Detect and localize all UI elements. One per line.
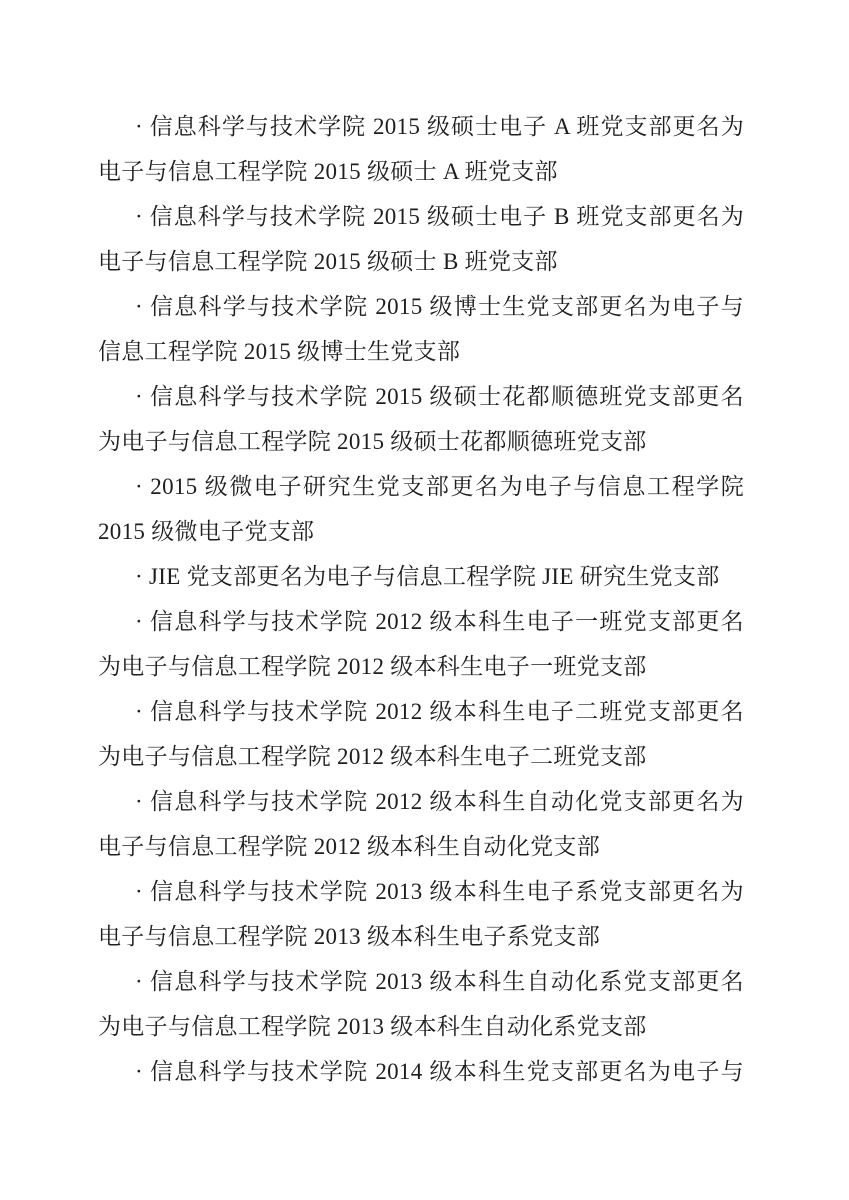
text-line: · 信息科学与技术学院 2013 级本科生自动化系党支部更名 [98, 959, 744, 1004]
text-line: 电子与信息工程学院 2012 级本科生自动化党支部 [98, 824, 744, 869]
text-line: · 信息科学与技术学院 2012 级本科生电子一班党支部更名 [98, 599, 744, 644]
text-line: 信息工程学院 2015 级博士生党支部 [98, 329, 744, 374]
text-line: · 信息科学与技术学院 2012 级本科生自动化党支部更名为 [98, 779, 744, 824]
text-line: · 信息科学与技术学院 2013 级本科生电子系党支部更名为 [98, 869, 744, 914]
text-line: 电子与信息工程学院 2015 级硕士 A 班党支部 [98, 149, 744, 194]
text-line: · 信息科学与技术学院 2015 级硕士电子 B 班党支部更名为 [98, 194, 744, 239]
text-line: 为电子与信息工程学院 2012 级本科生电子二班党支部 [98, 734, 744, 779]
text-block: · 信息科学与技术学院 2015 级硕士电子 A 班党支部更名为电子与信息工程学… [98, 104, 744, 1094]
text-line: 为电子与信息工程学院 2012 级本科生电子一班党支部 [98, 644, 744, 689]
text-line: 为电子与信息工程学院 2013 级本科生自动化系党支部 [98, 1004, 744, 1049]
text-line: · JIE 党支部更名为电子与信息工程学院 JIE 研究生党支部 [98, 554, 744, 599]
text-line: · 信息科学与技术学院 2015 级硕士花都顺德班党支部更名 [98, 374, 744, 419]
text-line: · 信息科学与技术学院 2014 级本科生党支部更名为电子与 [98, 1049, 744, 1094]
text-line: 电子与信息工程学院 2015 级硕士 B 班党支部 [98, 239, 744, 284]
text-line: 2015 级微电子党支部 [98, 509, 744, 554]
text-line: · 2015 级微电子研究生党支部更名为电子与信息工程学院 [98, 464, 744, 509]
text-line: · 信息科学与技术学院 2015 级硕士电子 A 班党支部更名为 [98, 104, 744, 149]
text-line: · 信息科学与技术学院 2012 级本科生电子二班党支部更名 [98, 689, 744, 734]
text-line: 电子与信息工程学院 2013 级本科生电子系党支部 [98, 914, 744, 959]
text-line: · 信息科学与技术学院 2015 级博士生党支部更名为电子与 [98, 284, 744, 329]
text-line: 为电子与信息工程学院 2015 级硕士花都顺德班党支部 [98, 419, 744, 464]
document-page: · 信息科学与技术学院 2015 级硕士电子 A 班党支部更名为电子与信息工程学… [0, 0, 849, 1200]
